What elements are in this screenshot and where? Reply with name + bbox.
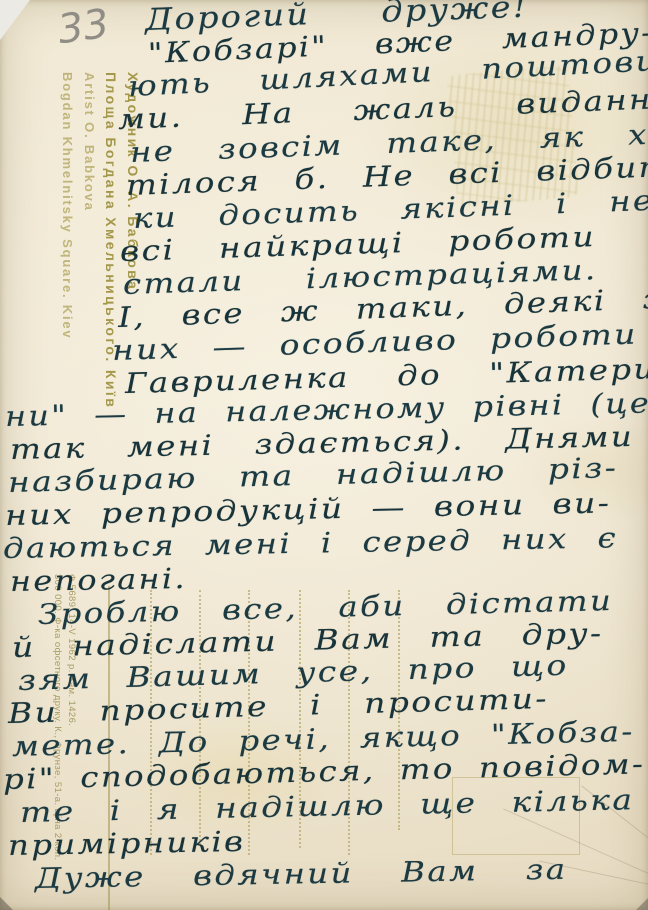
handwritten-letter: Дорогий друже! "Кобзарі" вже мандру- ють…	[0, 4, 648, 895]
corner-shadow	[636, 898, 648, 910]
scanned-postcard-image: 33 Художник О. А. Бабкова Площа Богдана …	[0, 0, 648, 910]
corner-shadow	[0, 897, 13, 910]
postcard: 33 Художник О. А. Бабкова Площа Богдана …	[0, 0, 648, 910]
